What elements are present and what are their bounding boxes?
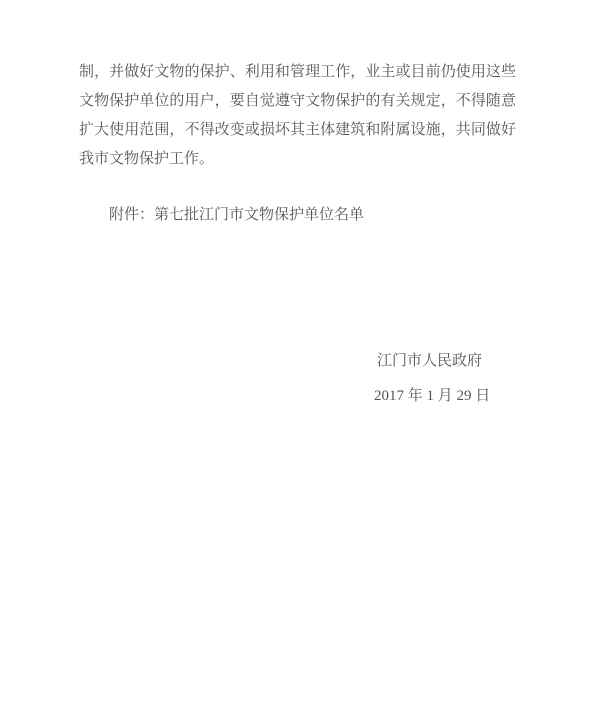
issuer-signature: 江门市人民政府 <box>377 353 482 370</box>
body-paragraph-line: 扩大使用范围，不得改变或损坏其主体建筑和附属设施，共同做好 <box>79 116 516 145</box>
attachment-reference: 附件：第七批江门市文物保护单位名单 <box>79 201 516 230</box>
body-paragraph-line: 我市文物保护工作。 <box>79 145 516 174</box>
body-paragraph-line: 文物保护单位的用户，要自觉遵守文物保护的有关规定，不得随意 <box>79 87 516 116</box>
issue-date: 2017 年 1 月 29 日 <box>374 388 490 405</box>
body-paragraph-line: 制，并做好文物的保护、利用和管理工作，业主或目前仍使用这些 <box>79 58 516 87</box>
document-page: 制，并做好文物的保护、利用和管理工作，业主或目前仍使用这些 文物保护单位的用户，… <box>0 0 591 718</box>
body-paragraph: 制，并做好文物的保护、利用和管理工作，业主或目前仍使用这些 文物保护单位的用户，… <box>79 58 516 174</box>
